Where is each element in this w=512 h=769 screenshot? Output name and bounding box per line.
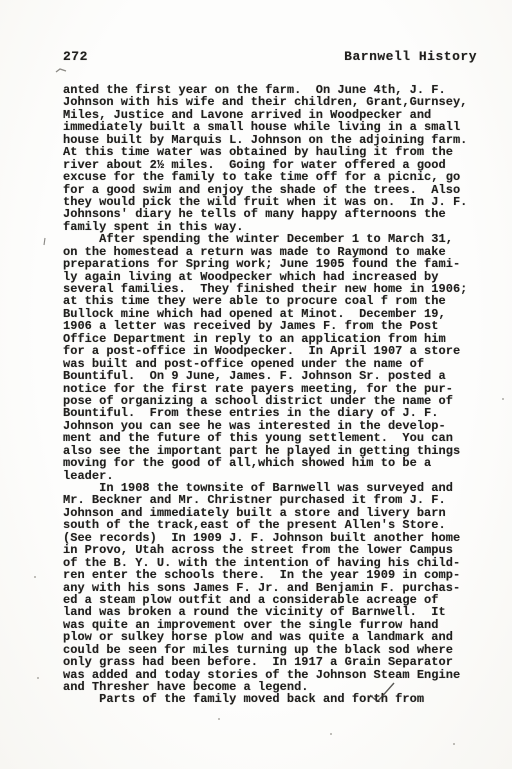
text-line: only grass had been before. In 1917 a Gr… [63, 656, 483, 668]
text-line: After spending the winter December 1 to … [63, 233, 483, 245]
page-header: 272 Barnwell History [63, 49, 477, 64]
text-line: at this time they were able to procure c… [63, 295, 483, 307]
dust-speck [37, 677, 39, 679]
stray-tick [42, 237, 48, 247]
text-line: plow or sulkey horse plow and was quite … [63, 631, 483, 643]
text-line: ment and the future of this young settle… [63, 432, 483, 444]
dust-speck [330, 733, 332, 735]
text-line: moving for the good of all,which showed … [63, 457, 483, 469]
text-line: excuse for the family to take time off f… [63, 171, 483, 183]
text-line: immediately built a small house while li… [63, 121, 483, 133]
text-line: in Provo, Utah across the street from th… [63, 544, 483, 556]
text-line: Parts of the family moved back and forth… [63, 693, 483, 705]
dust-speck [502, 398, 504, 400]
scanned-page: 272 Barnwell History anted the first yea… [0, 0, 512, 769]
dust-speck [453, 743, 455, 745]
paragraph: After spending the winter December 1 to … [63, 233, 483, 482]
text-line: south of the track,east of the present A… [63, 519, 483, 531]
paragraph: anted the first year on the farm. On Jun… [63, 84, 483, 233]
text-line: Mr. Beckner and Mr. Christner purchased … [63, 494, 483, 506]
dust-speck [34, 576, 36, 578]
text-line: Bountiful. From these entries in the dia… [63, 407, 483, 419]
text-line: preparations for Spring work; June 1905 … [63, 258, 483, 270]
text-line: land was broken a round the vicinity of … [63, 606, 483, 618]
running-header-title: Barnwell History [344, 49, 477, 64]
page-body: anted the first year on the farm. On Jun… [63, 84, 483, 706]
text-line: Bountiful. On 9 June, James. F. Johnson … [63, 370, 483, 382]
paragraph: In 1908 the townsite of Barnwell was sur… [63, 482, 483, 693]
pencil-mark [55, 67, 69, 75]
text-line: ren enter the schools there. In the year… [63, 569, 483, 581]
text-line: Johnsons' diary he tells of many happy a… [63, 208, 483, 220]
dust-speck [218, 718, 220, 720]
text-line: for a post-office in Woodpecker. In Apri… [63, 345, 483, 357]
text-line: 1906 a letter was received by James F. f… [63, 320, 483, 332]
page-number: 272 [63, 49, 88, 64]
text-line: At this time water was obtained by hauli… [63, 146, 483, 158]
text-line: Johnson with his wife and their children… [63, 96, 483, 108]
paragraph: Parts of the family moved back and forth… [63, 693, 483, 705]
pen-checkmark [367, 681, 399, 705]
